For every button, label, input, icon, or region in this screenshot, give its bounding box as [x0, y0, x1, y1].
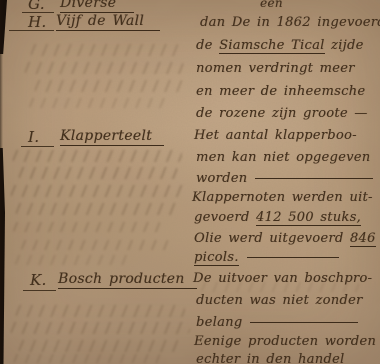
scan-edge-shadow	[0, 0, 3, 364]
h-body-line: nomen verdringt meer	[196, 61, 355, 76]
k-body-line: Eenige producten worden	[194, 334, 376, 349]
k-body-line: ducten was niet zonder	[196, 293, 363, 308]
k-body-line: echter in den handel	[196, 352, 344, 364]
h-body-line: de Siamsche Tical zijde	[196, 38, 364, 53]
bleedthrough-marks	[30, 44, 180, 56]
i-line6-pre: Olie werd uitgevoerd	[194, 231, 350, 246]
h-line2-underlined: Siamsche Tical	[219, 38, 325, 54]
bleedthrough-marks	[20, 240, 170, 250]
section-i-letter-underline	[21, 146, 54, 147]
i-body-line: Klappernoten werden uit-	[192, 190, 373, 205]
h-body-line: de rozene zijn groote —	[196, 106, 368, 121]
blank-rule	[247, 257, 339, 258]
section-g-title: Diverse	[60, 0, 134, 13]
bleedthrough-marks	[10, 322, 190, 334]
h-body-line: en meer de inheemsche	[196, 84, 365, 99]
bleedthrough-marks	[12, 222, 162, 232]
i-line5-pre: gevoerd	[194, 210, 256, 225]
blank-rule	[250, 322, 358, 323]
bleedthrough-marks	[24, 62, 184, 74]
section-h-letter: H.	[28, 13, 46, 31]
i-line7-underlined: picols.	[194, 250, 239, 266]
i-body-line: picols.	[194, 250, 339, 265]
section-h-title: Vijf de Wall	[56, 13, 160, 31]
i-body-line: Het aantal klapperboo-	[194, 128, 357, 143]
i-body-line: worden	[196, 171, 373, 186]
i-line3-text: worden	[196, 171, 247, 186]
section-k-title: Bosch producten	[58, 271, 197, 289]
i-body-line: men kan niet opgegeven	[196, 150, 370, 165]
h-line2-pre: de	[196, 38, 219, 53]
bleedthrough-marks	[10, 185, 185, 197]
h-body-line: dan De in 1862 ingevoerd,	[200, 15, 380, 30]
bleedthrough-marks	[14, 255, 134, 265]
bleedthrough-marks	[15, 305, 185, 317]
section-i-title: Klapperteelt	[60, 128, 164, 146]
i-body-line: Olie werd uitgevoerd 846	[194, 231, 376, 246]
h-line2-post: zijde	[325, 38, 364, 53]
bleedthrough-marks	[18, 340, 183, 352]
k-body-line: belang	[196, 315, 358, 330]
manuscript-page: G. Diverse H. Vijf de Wall een dan De in…	[0, 0, 380, 364]
bleedthrough-marks	[18, 167, 178, 179]
k-body-line: De uitvoer van boschpro-	[193, 271, 372, 286]
i-line5-underlined: 412 500 stuks,	[256, 210, 361, 226]
bleedthrough-marks	[12, 354, 162, 363]
bleedthrough-marks	[34, 80, 184, 92]
blank-rule	[255, 178, 373, 179]
section-k-letter-underline	[23, 290, 56, 291]
bleedthrough-marks	[15, 203, 180, 215]
i-body-line: gevoerd 412 500 stuks,	[194, 210, 361, 225]
bleedthrough-marks	[12, 150, 182, 162]
h-body-line: een	[260, 0, 283, 10]
section-i-letter: I.	[28, 128, 39, 146]
i-line6-underlined: 846	[350, 231, 376, 247]
k-line3-text: belang	[196, 315, 242, 330]
section-h-letter-underline	[9, 30, 54, 31]
section-k-letter: K.	[30, 271, 47, 289]
bleedthrough-marks	[28, 98, 168, 108]
